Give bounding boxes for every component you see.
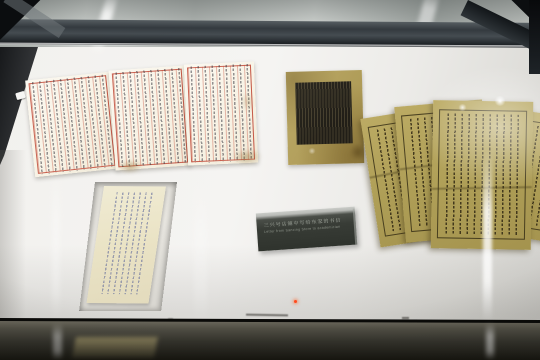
glare-spot: [494, 96, 506, 106]
glare-spot: [308, 148, 316, 154]
display-case-photo: 三兴号店铺中写给东家的书信 Letter from Sanxing Store …: [0, 0, 540, 360]
manuscript-page-2: [109, 65, 192, 170]
light-reflection-streak: [52, 168, 60, 322]
manuscript-page-1: [25, 72, 119, 177]
frame-right-post: [529, 0, 540, 74]
light-reflection-streak: [194, 182, 207, 322]
letter-reflection: [72, 337, 158, 358]
light-reflection-streak: [53, 323, 62, 360]
glass-sheen: [390, 42, 540, 212]
light-reflection-streak: [486, 323, 494, 360]
light-reflection-streak: [483, 150, 492, 322]
exhibit-label-plaque: 三兴号店铺中写给东家的书信 Letter from Sanxing Store …: [256, 207, 357, 252]
handwriting-texture: [98, 192, 157, 294]
woodblock-print: [286, 70, 364, 165]
handwriting-texture: [27, 74, 116, 175]
woodblock-text-block: [295, 81, 353, 144]
manuscript-page-3: [184, 62, 258, 166]
handwriting-texture: [111, 68, 190, 169]
glare-spot: [458, 104, 467, 111]
red-laser-dot: [294, 300, 297, 303]
left-edge-shadow: [0, 150, 26, 322]
